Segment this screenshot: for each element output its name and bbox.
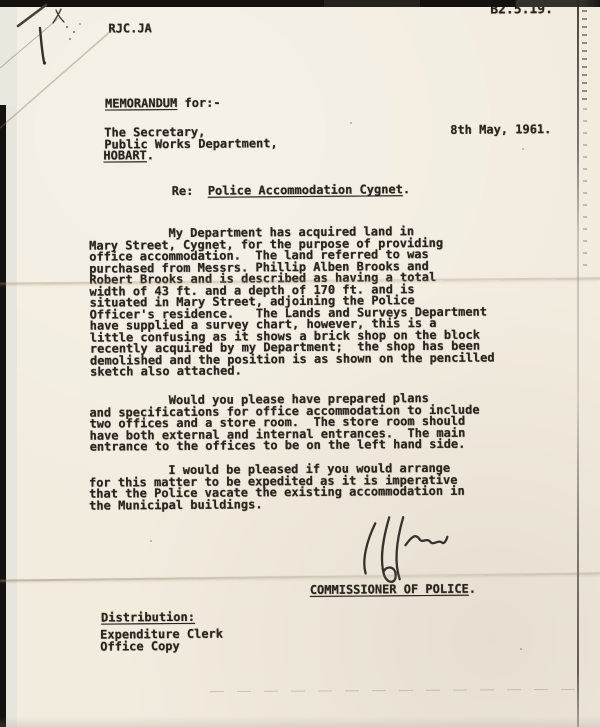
scan-bottom-shade <box>0 716 600 727</box>
recipient-city-line: HOBART. <box>103 150 154 162</box>
paper-speck <box>455 332 457 334</box>
signature-scrawl <box>353 511 454 590</box>
distribution-heading-line: Distribution: <box>101 612 195 624</box>
distribution-heading: Distribution: <box>101 610 195 625</box>
subject-text: Police Accommodation Cygnet <box>208 182 403 198</box>
memo-heading-rest: for:- <box>177 96 220 110</box>
scanned-memorandum-page: B2.5.19. RJC.JA MEMORANDUM for:- The Sec… <box>0 0 600 727</box>
subject-suffix: . <box>403 182 410 196</box>
paper-speck <box>150 540 152 542</box>
paper-speck <box>522 148 524 150</box>
page-edge-line <box>577 0 579 727</box>
recipient-city-suffix: . <box>147 148 154 162</box>
body-paragraph-1: My Department has acquired land in Mary … <box>89 225 495 378</box>
edge-speckles-mid <box>583 108 587 268</box>
scan-left-paper-edge <box>6 105 17 727</box>
signature-title-suffix: . <box>469 582 476 596</box>
edge-speckles-top <box>582 10 587 105</box>
paper-speck <box>520 648 522 650</box>
distribution-list: Expenditure Clerk Office Copy <box>100 629 223 653</box>
letter-date: 8th May, 1961. <box>450 124 551 136</box>
recipient-city: HOBART <box>103 148 146 162</box>
subject-prefix: Re: <box>172 184 208 198</box>
subject-line: Re: Police Accommodation Cygnet. <box>172 184 411 197</box>
paper-speck <box>350 122 352 124</box>
body-paragraph-2: Would you please have prepared plans and… <box>89 393 480 454</box>
body-paragraph-3: I would be pleased if you would arrange … <box>89 463 465 512</box>
corner-fold-and-pen-marks <box>0 0 140 150</box>
signature-title-line: COMMISSIONER OF POLICE. <box>310 584 476 597</box>
signature-title: COMMISSIONER OF POLICE <box>310 582 469 597</box>
paper-speck <box>248 240 250 242</box>
